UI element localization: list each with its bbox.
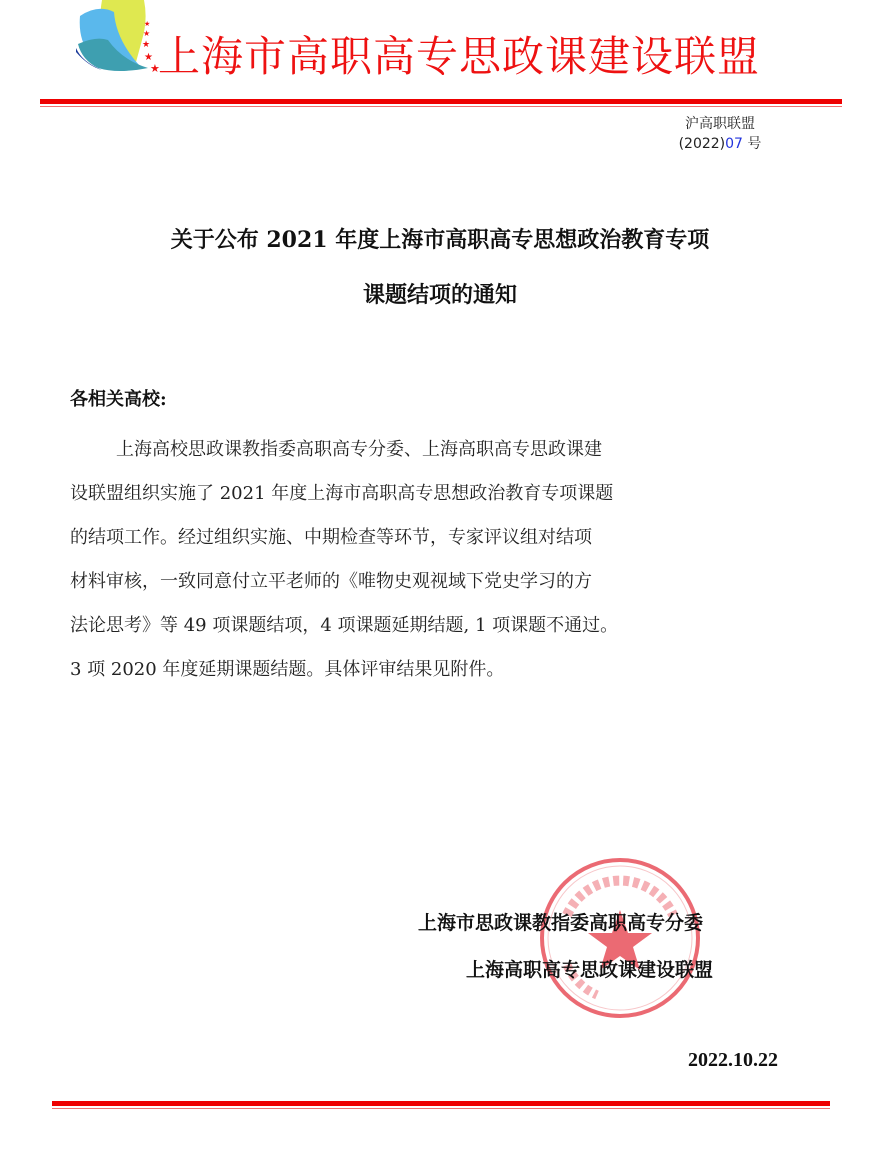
body-paragraph: 上海高校思政课教指委高职高专分委、上海高职高专思政课建 设联盟组织实施了 202… [70, 428, 810, 692]
notice-title-line2: 课题结项的通知 [60, 278, 820, 309]
signature-org-1: 上海市思政课教指委高职高专分委 [418, 908, 703, 935]
body-line: 3 项 2020 年度延期课题结题。具体评审结果见附件。 [70, 648, 810, 692]
body-line: 材料审核，一致同意付立平老师的《唯物史观视域下党史学习的方 [70, 560, 810, 604]
svg-text:★: ★ [144, 20, 150, 28]
body-line: 的结项工作。经过组织实施、中期检查等环节，专家评议组对结项 [70, 516, 810, 560]
notice-title-line1: 关于公布 2021 年度上海市高职高专思想政治教育专项 [60, 223, 820, 254]
svg-text:★: ★ [142, 40, 150, 50]
svg-text:★: ★ [143, 29, 150, 38]
issue-number: (2022)07 号 [660, 134, 780, 154]
header-divider [40, 99, 842, 107]
banner-title: 上海市高职高专思政课建设联盟 [158, 24, 760, 84]
number-value: 07 [725, 136, 743, 152]
salutation: 各相关高校: [70, 385, 167, 411]
issue-date: 2022.10.22 [688, 1049, 778, 1072]
document-number: 沪高职联盟 (2022)07 号 [660, 114, 780, 154]
official-red-seal-icon [537, 855, 703, 1021]
body-line: 设联盟组织实施了 2021 年度上海市高职高专思想政治教育专项课题 [70, 472, 810, 516]
body-line: 法论思考》等 49 项课题结项，4 项课题延期结题, 1 项课题不通过。 [70, 604, 810, 648]
signature-org-2: 上海高职高专思政课建设联盟 [466, 955, 713, 982]
alliance-logo-icon: ★ ★ ★ ★ ★ [68, 0, 164, 75]
body-line: 上海高校思政课教指委高职高专分委、上海高职高专思政课建 [70, 428, 810, 472]
footer-divider [52, 1101, 830, 1109]
issuer-label: 沪高职联盟 [660, 114, 780, 134]
